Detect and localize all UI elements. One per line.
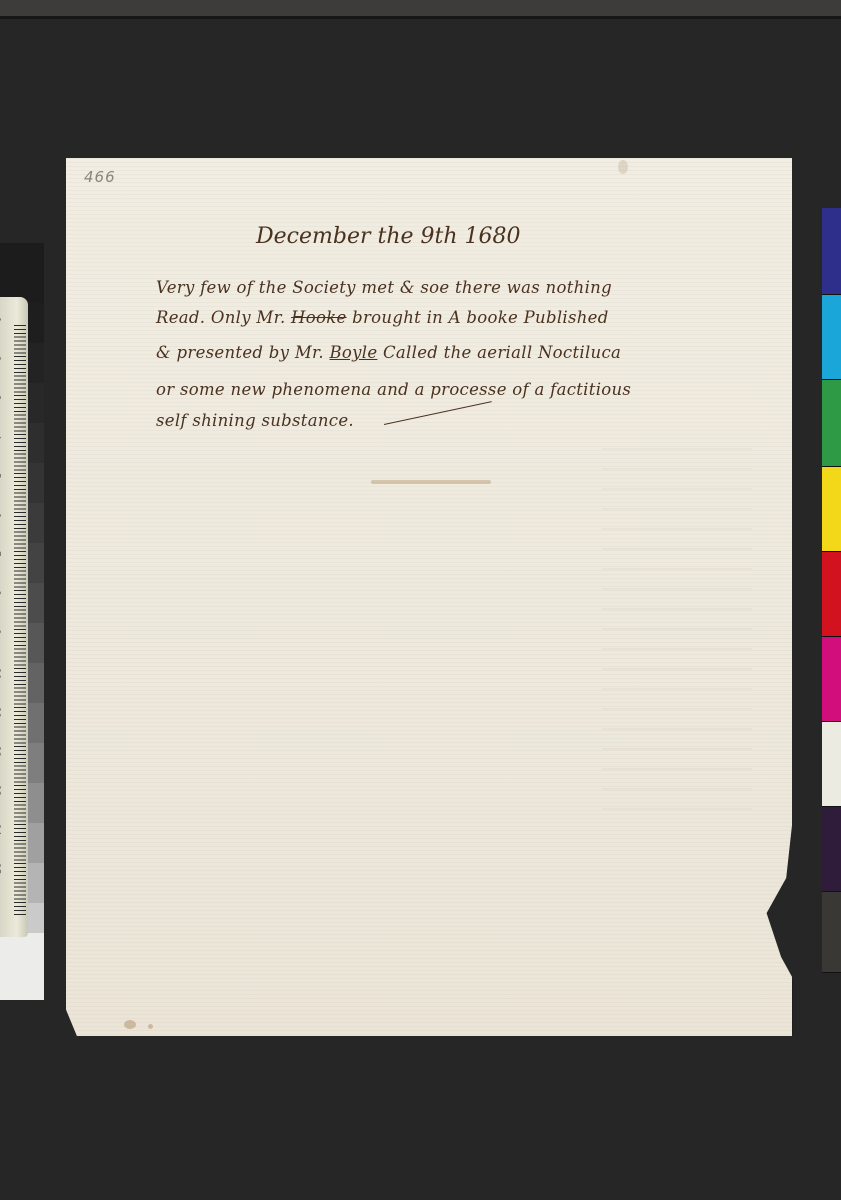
ruler-number: 13 (0, 785, 1, 805)
ruler-number: 2 (0, 356, 1, 376)
manuscript-page: 466 December the 9th 1680 Very few of th… (66, 158, 792, 1036)
color-patch-green (822, 380, 841, 467)
line-2-pre: Read. Only Mr. (156, 308, 291, 327)
grey-scale-steps (28, 303, 44, 933)
line-2-post: brought in A booke Published (347, 308, 609, 327)
grey-step (28, 823, 44, 863)
grey-step (28, 863, 44, 903)
color-patch-red (822, 552, 841, 637)
ruler-number: 1 (0, 317, 1, 337)
grey-step (28, 503, 44, 543)
color-patch-magenta (822, 637, 841, 722)
grey-step (28, 663, 44, 703)
struck-name-hooke: Hooke (291, 308, 347, 327)
color-patch-black-texture (822, 892, 841, 973)
ruler-ticks (14, 325, 26, 915)
grey-step (28, 703, 44, 743)
scanner-top-edge (0, 0, 841, 19)
ruler-number: 3 (0, 395, 1, 415)
ruler-number: 4 (0, 434, 1, 454)
grey-step (28, 463, 44, 503)
foxing-stain (618, 160, 628, 174)
grey-step (28, 423, 44, 463)
ruler-number: 6 (0, 512, 1, 532)
ruler-number: 15 (0, 863, 1, 883)
folio-number: 466 (84, 168, 116, 186)
ruler-number: 11 (0, 707, 1, 727)
ruler-number: 7 (0, 551, 1, 571)
closing-pen-stroke (384, 401, 492, 425)
ruler-number: 10 (0, 668, 1, 688)
manuscript-line-5: self shining substance. (156, 411, 354, 430)
grey-step (28, 343, 44, 383)
ruler-number: 12 (0, 746, 1, 766)
color-patch-white (822, 722, 841, 807)
grey-step (28, 783, 44, 823)
color-patch-cyan (822, 295, 841, 380)
manuscript-line-4: or some new phenomena and a processe of … (156, 380, 631, 399)
grey-step (28, 583, 44, 623)
line-3-pre: & presented by Mr. (156, 343, 330, 362)
show-through-text (602, 448, 752, 828)
ink-bleed-through (371, 480, 491, 484)
foxing-stain (148, 1024, 153, 1029)
grey-step (28, 623, 44, 663)
line-3-post: Called the aeriall Noctiluca (377, 343, 621, 362)
color-patch-purple (822, 807, 841, 892)
color-patch-blue (822, 208, 841, 295)
ruler-number: 5 (0, 473, 1, 493)
date-heading: December the 9th 1680 (256, 224, 520, 249)
grey-step (28, 543, 44, 583)
grey-step (28, 383, 44, 423)
color-calibration-chart (822, 208, 841, 976)
color-patch-yellow (822, 467, 841, 552)
manuscript-line-1: Very few of the Society met & soe there … (156, 278, 612, 297)
grey-step (28, 303, 44, 343)
measurement-ruler: 123456789101112131415 (0, 297, 28, 937)
grey-scale-white-patch (0, 933, 44, 1000)
ruler-number: 14 (0, 824, 1, 844)
ruler-number: 8 (0, 590, 1, 610)
underlined-name-boyle: Boyle (330, 343, 378, 362)
ruler-number: 9 (0, 629, 1, 649)
manuscript-line-2: Read. Only Mr. Hooke brought in A booke … (156, 308, 609, 327)
foxing-stain (124, 1020, 136, 1029)
grey-step (28, 743, 44, 783)
manuscript-line-3: & presented by Mr. Boyle Called the aeri… (156, 343, 621, 362)
